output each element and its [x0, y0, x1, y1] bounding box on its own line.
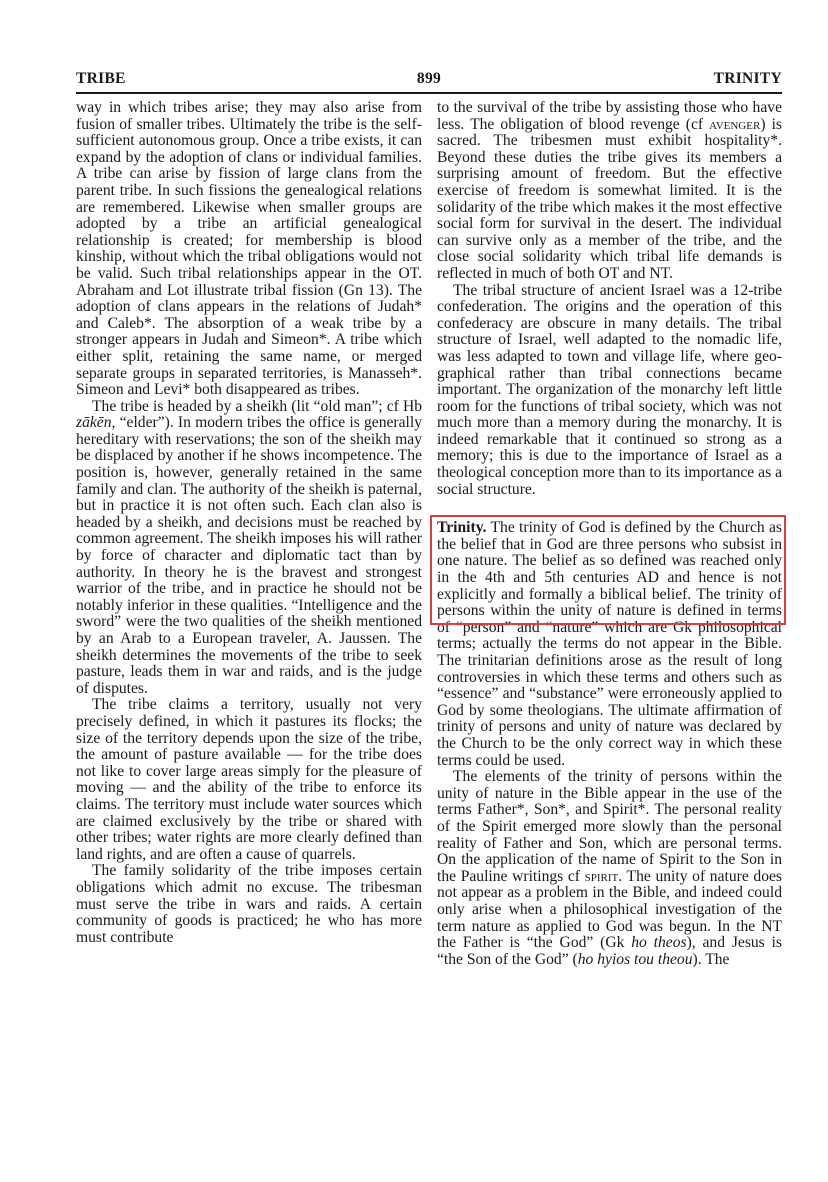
text-run: trinity of persons within the unity of n… — [437, 586, 782, 769]
cross-reference: spirit — [585, 868, 619, 885]
cross-reference: avenger — [709, 116, 760, 133]
entry-headword: Trinity. — [437, 519, 487, 536]
right-column: to the survival of the tribe by assistin… — [437, 100, 782, 968]
left-column: way in which tribes arise; they may also… — [76, 100, 422, 946]
right-running-head: TRINITY — [714, 70, 782, 88]
paragraph: way in which tribes arise; they may also… — [76, 100, 422, 399]
paragraph: The tribal structure of ancient Israel w… — [437, 283, 782, 499]
text-run: The tribe is headed by a sheikh (lit “ol… — [92, 398, 422, 415]
paragraph: The tribe is headed by a sheikh (lit “ol… — [76, 399, 422, 698]
page-number: 899 — [76, 70, 782, 88]
trinity-entry: Trinity. The trinity of God is defined b… — [437, 520, 782, 769]
greek-term: ho hyios tou theou — [578, 951, 693, 968]
text-run: “elder”). In modern tribes the office is… — [76, 414, 422, 697]
hebrew-term: zākēn, — [76, 414, 115, 431]
text-run: ). The — [693, 951, 730, 968]
paragraph: The family solidarity of the tribe impos… — [76, 863, 422, 946]
paragraph: to the survival of the tribe by assistin… — [437, 100, 782, 283]
text-run: ) is sacred. The tribes­men must exhibit… — [437, 116, 782, 282]
paragraph: The elements of the trinity of persons w… — [437, 769, 782, 968]
running-header: TRIBE 899 TRINITY — [76, 70, 782, 94]
greek-term: ho theos — [631, 934, 686, 951]
paragraph: Trinity. The trinity of God is defined b… — [437, 520, 782, 769]
paragraph: The tribe claims a territory, usually no… — [76, 697, 422, 863]
